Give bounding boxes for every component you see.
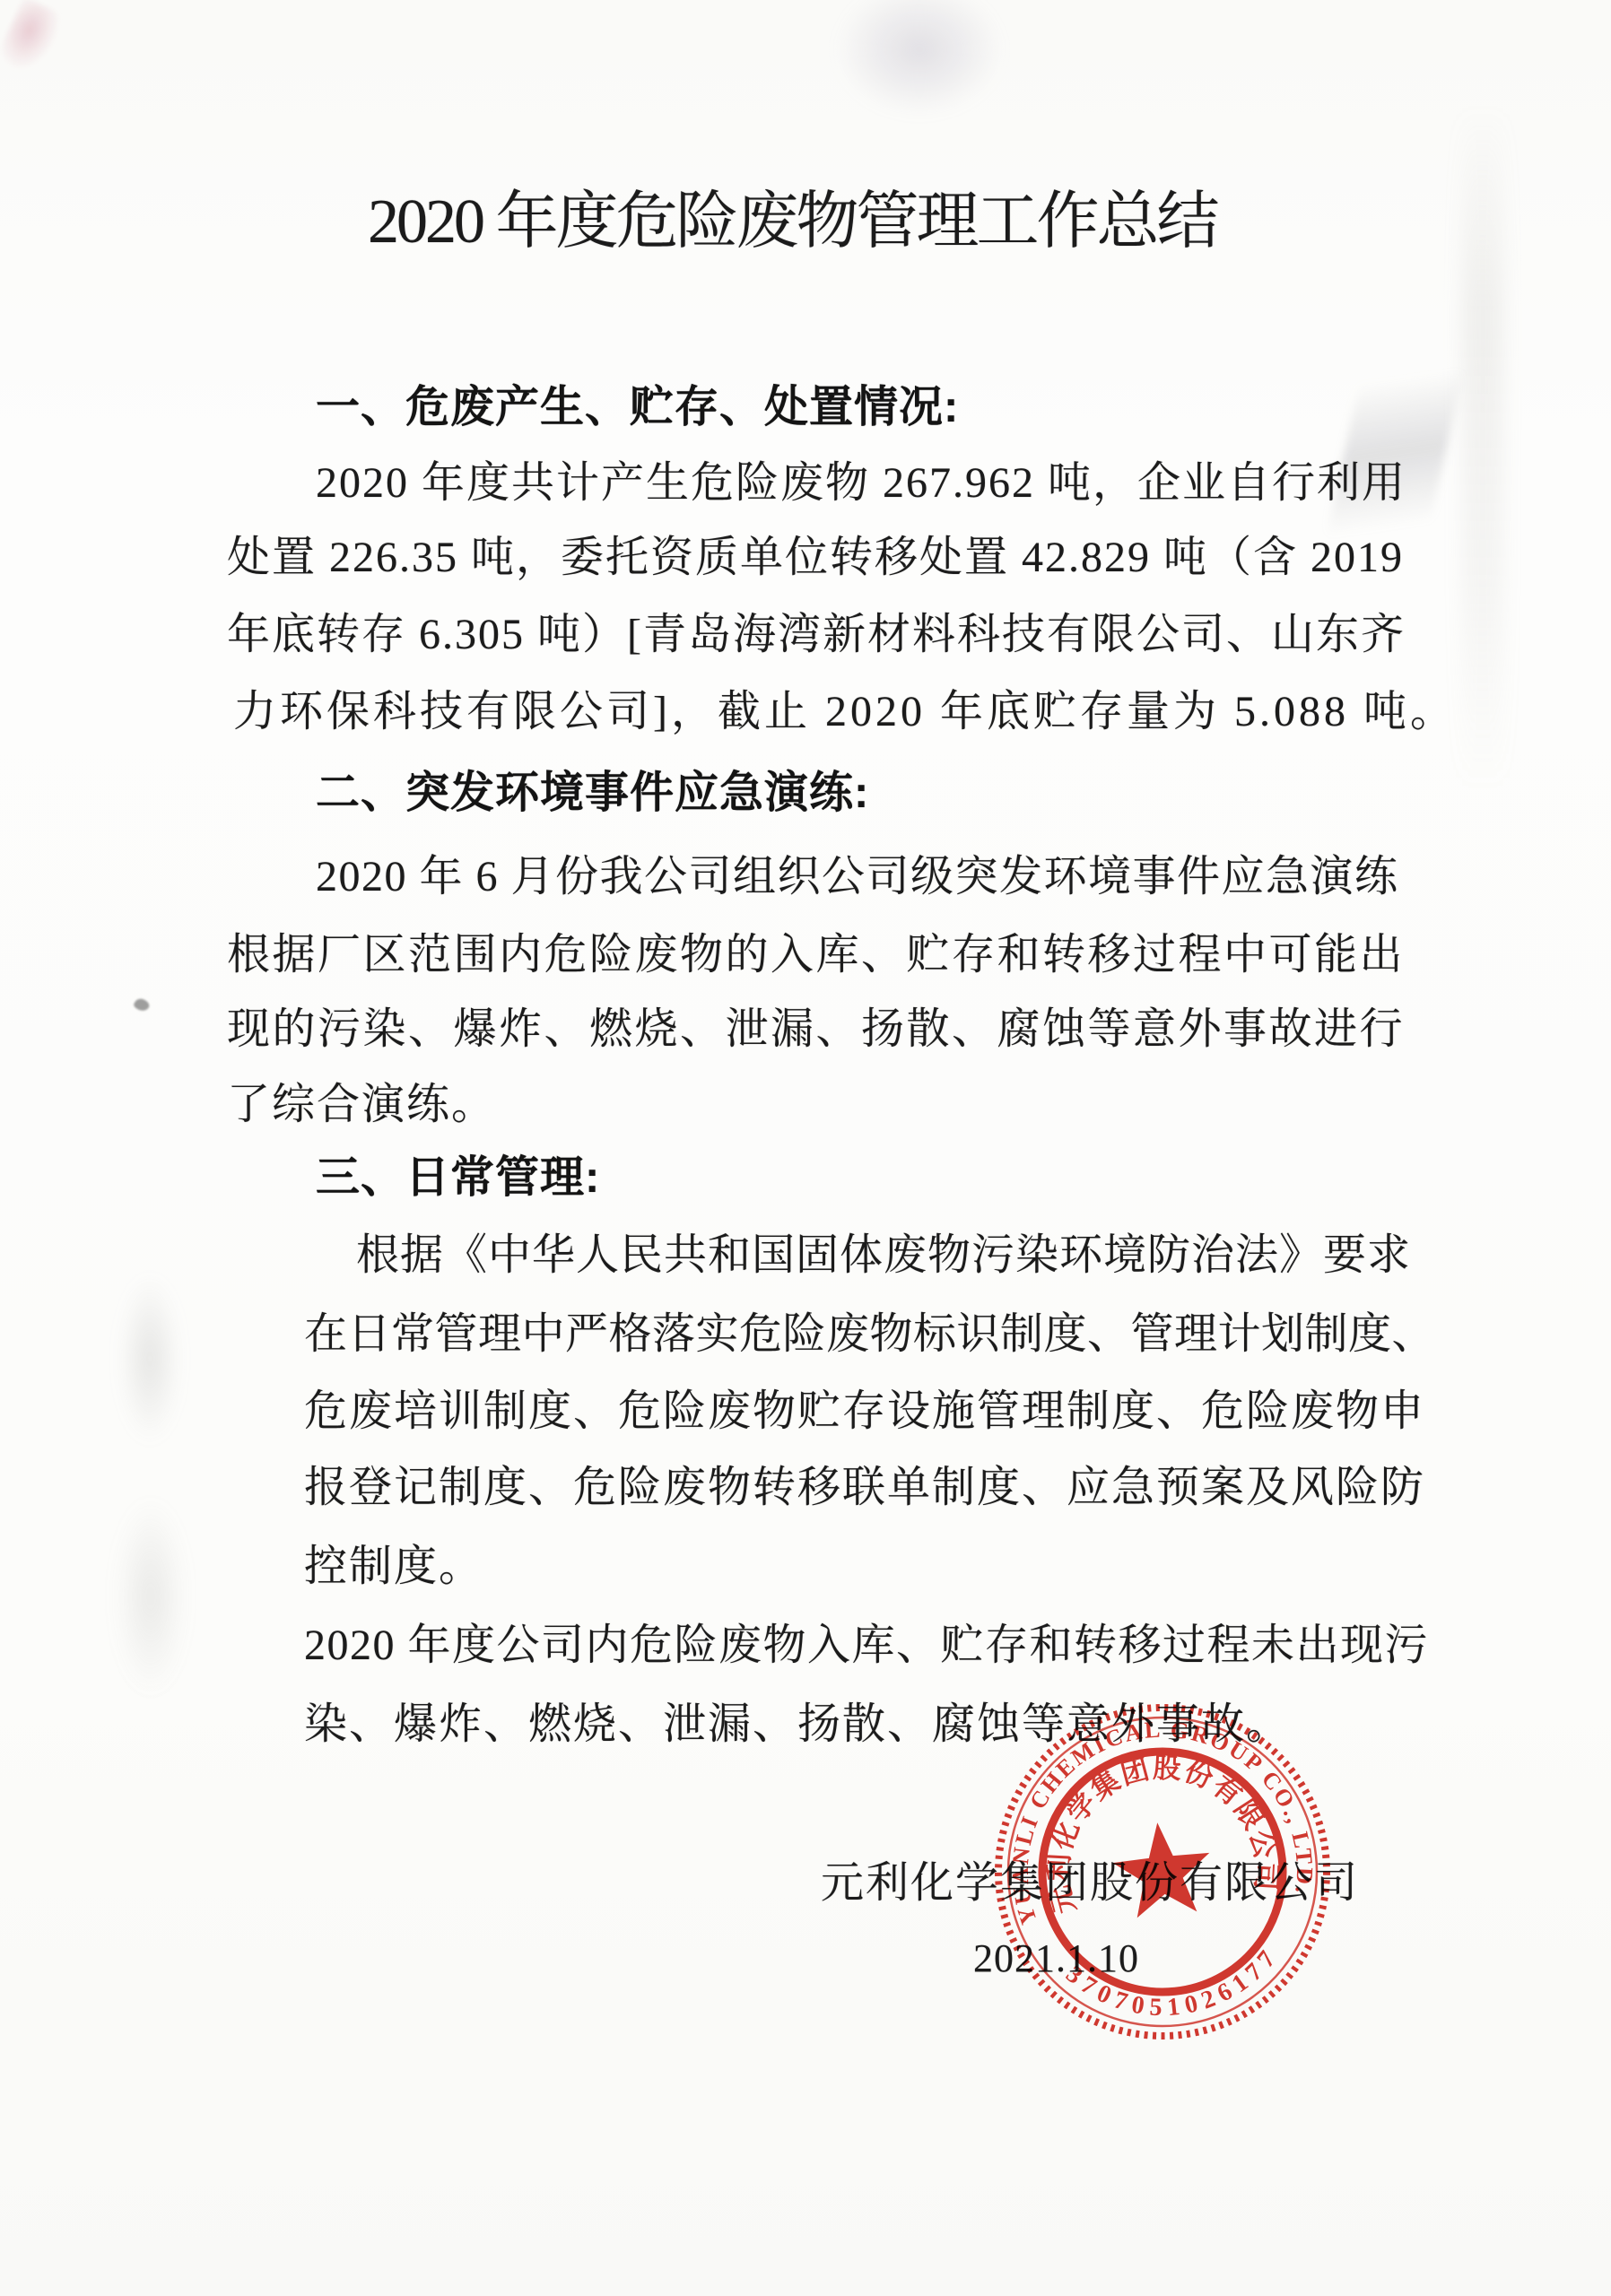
scan-smudge-top-right bbox=[834, 0, 1005, 117]
scan-streak-right bbox=[1327, 351, 1462, 555]
scan-smudge-left-margin bbox=[118, 1274, 181, 1444]
section-1-heading: 一、危废产生、贮存、处置情况: bbox=[316, 386, 959, 430]
body-line: 在日常管理中严格落实危险废物标识制度、管理计划制度、 bbox=[304, 1313, 1435, 1356]
document-title: 2020 年度危险废物管理工作总结 bbox=[368, 191, 1217, 254]
seal-star-icon bbox=[1109, 1818, 1215, 1920]
document-page: 2020 年度危险废物管理工作总结 一、危废产生、贮存、处置情况: 2020 年… bbox=[0, 0, 1611, 2296]
body-line: 根据厂区范围内危险废物的入库、贮存和转移过程中可能出 bbox=[227, 934, 1405, 977]
section-3-heading: 三、日常管理: bbox=[316, 1156, 600, 1200]
body-line: 现的污染、爆炸、燃烧、泄漏、扬散、腐蚀等意外事故进行 bbox=[227, 1008, 1405, 1051]
body-line: 2020 年度公司内危险废物入库、贮存和转移过程未出现污 bbox=[304, 1624, 1429, 1667]
seal-number: 3707051026177 bbox=[1058, 1939, 1291, 2032]
body-line: 根据《中华人民共和国固体废物污染环境防治法》要求 bbox=[356, 1234, 1411, 1277]
scan-smudge-top-left bbox=[0, 0, 66, 80]
body-line: 2020 年度共计产生危险废物 267.962 吨，企业自行利用 bbox=[316, 462, 1406, 505]
body-line: 报登记制度、危险废物转移联单制度、应急预案及风险防 bbox=[304, 1466, 1425, 1509]
scan-speck bbox=[133, 996, 152, 1014]
section-2-heading: 二、突发环境事件应急演练: bbox=[316, 771, 869, 815]
body-line: 力环保科技有限公司]，截止 2020 年底贮存量为 5.088 吨。 bbox=[233, 691, 1457, 734]
scan-streak-right-edge bbox=[1462, 108, 1503, 789]
scan-smudge-left-margin bbox=[115, 1498, 187, 1695]
svg-text:3707051026177: 3707051026177 bbox=[1058, 1939, 1291, 2032]
body-line: 年底转存 6.305 吨）[青岛海湾新材料科技有限公司、山东齐 bbox=[227, 613, 1406, 657]
body-line: 2020 年 6 月份我公司组织公司级突发环境事件应急演练 bbox=[316, 856, 1399, 899]
body-line: 控制度。 bbox=[304, 1545, 483, 1588]
body-line: 危废培训制度、危险废物贮存设施管理制度、危险废物申 bbox=[304, 1390, 1425, 1433]
company-seal: YUANLI CHEMICAL GROUP CO., LTD. 元利化学集团股份… bbox=[988, 1697, 1337, 2047]
body-line: 了综合演练。 bbox=[227, 1083, 496, 1126]
body-line: 处置 226.35 吨，委托资质单位转移处置 42.829 吨（含 2019 bbox=[227, 536, 1404, 579]
